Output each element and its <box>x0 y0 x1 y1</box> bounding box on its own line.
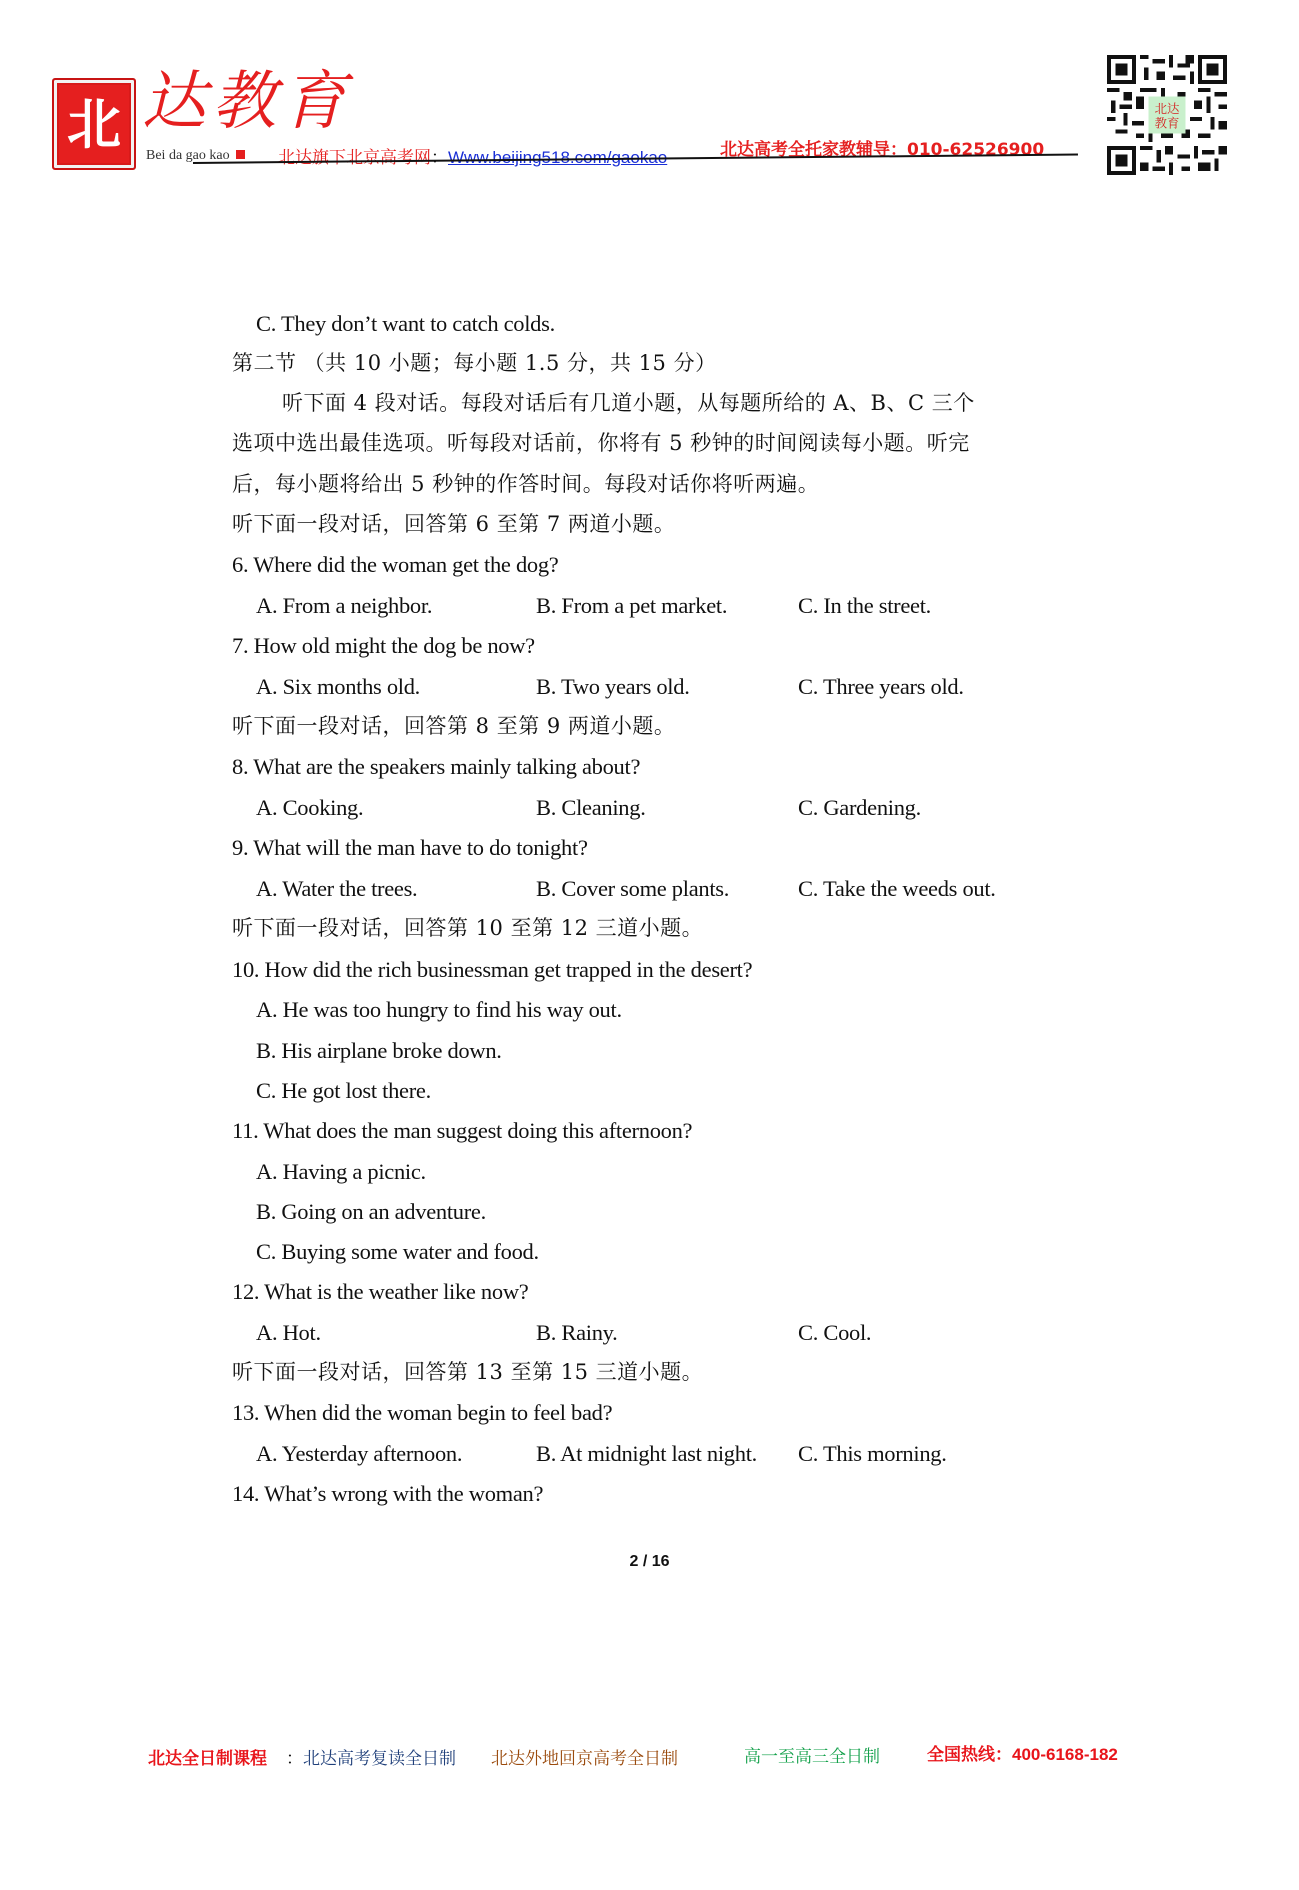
instructions-line-1: 听下面 4 段对话。每段对话后有几道小题，从每题所给的 A、B、C 三个 <box>282 393 975 414</box>
footer-hotline: 全国热线：400-6168-182 <box>927 1740 1118 1765</box>
footer-colon: ： <box>286 1744 303 1769</box>
option-b: B. Cleaning. <box>536 797 646 820</box>
option-c: C. Three years old. <box>798 676 964 699</box>
dialogue-group-8-9: 听下面一段对话，回答第 8 至第 9 两道小题。 <box>232 716 675 737</box>
question-10-option-c: C. He got lost there. <box>256 1080 431 1103</box>
dialogue-group-10-12: 听下面一段对话，回答第 10 至第 12 三道小题。 <box>232 918 703 939</box>
option-c: C. In the street. <box>798 595 931 618</box>
option-b: B. Cover some plants. <box>536 878 729 901</box>
option-c: C. This morning. <box>798 1443 947 1466</box>
question-11-option-b: B. Going on an adventure. <box>256 1201 486 1224</box>
site-colon: ： <box>431 148 448 168</box>
site-link-line: 北达旗下北京高考网：Www.beijing518.com/gaokao <box>278 143 667 168</box>
dialogue-group-6-7: 听下面一段对话，回答第 6 至第 7 两道小题。 <box>232 514 675 535</box>
option-b: B. From a pet market. <box>536 595 727 618</box>
question-8: 8. What are the speakers mainly talking … <box>232 756 640 779</box>
option-a: A. Hot. <box>256 1322 321 1345</box>
question-14: 14. What’s wrong with the woman? <box>232 1483 543 1506</box>
question-13: 13. When did the woman begin to feel bad… <box>232 1402 612 1425</box>
logo-text: 达教育 <box>142 70 352 134</box>
page-number: 2 / 16 <box>0 1553 1299 1571</box>
option-b: B. Two years old. <box>536 676 690 699</box>
site-label: 北达旗下北京高考网 <box>278 148 431 168</box>
question-10: 10. How did the rich businessman get tra… <box>232 959 752 982</box>
qr-code-icon: 北达 教育 <box>1107 55 1227 175</box>
question-11: 11. What does the man suggest doing this… <box>232 1120 692 1143</box>
instructions-line-2: 选项中选出最佳选项。听每段对话前，你将有 5 秒钟的时间阅读每小题。听完 <box>232 433 970 454</box>
option-a: A. Water the trees. <box>256 878 417 901</box>
option-c: C. Take the weeds out. <box>798 878 996 901</box>
option-c: C. Cool. <box>798 1322 871 1345</box>
question-10-option-a: A. He was too hungry to find his way out… <box>256 999 622 1022</box>
question-11-option-c: C. Buying some water and food. <box>256 1241 539 1264</box>
instructions-line-3: 后，每小题将给出 5 秒钟的作答时间。每段对话你将听两遍。 <box>232 474 819 495</box>
question-6: 6. Where did the woman get the dog? <box>232 554 558 577</box>
logo-subtitle-text: Bei da gao kao <box>146 148 230 163</box>
question-10-option-b: B. His airplane broke down. <box>256 1040 502 1063</box>
question-12: 12. What is the weather like now? <box>232 1281 528 1304</box>
footer-item-return-beijing-course: 北达外地回京高考全日制 <box>491 1744 678 1769</box>
red-square-icon <box>236 150 245 159</box>
option-b: B. Rainy. <box>536 1322 617 1345</box>
option-a: A. Yesterday afternoon. <box>256 1443 462 1466</box>
question-9: 9. What will the man have to do tonight? <box>232 837 588 860</box>
logo-mark-char: 北 <box>67 97 121 151</box>
option-b: B. At midnight last night. <box>536 1443 757 1466</box>
question-7: 7. How old might the dog be now? <box>232 635 535 658</box>
svg-text:教育: 教育 <box>1155 115 1180 130</box>
footer-item-grade-course: 高一至高三全日制 <box>744 1742 880 1767</box>
option-a: A. Cooking. <box>256 797 363 820</box>
section-title: 第二节 （共 10 小题；每小题 1.5 分，共 15 分） <box>232 353 717 374</box>
footer-courses-label: 北达全日制课程 <box>148 1744 267 1769</box>
question-11-option-a: A. Having a picnic. <box>256 1161 426 1184</box>
option-c: C. Gardening. <box>798 797 921 820</box>
svg-text:北达: 北达 <box>1155 101 1180 116</box>
dialogue-group-13-15: 听下面一段对话，回答第 13 至第 15 三道小题。 <box>232 1362 703 1383</box>
footer-item-repeat-course: 北达高考复读全日制 <box>303 1744 456 1769</box>
logo-mark: 北 <box>52 78 136 170</box>
option-c-previous: C. They don’t want to catch colds. <box>256 313 555 336</box>
option-a: A. From a neighbor. <box>256 595 432 618</box>
option-a: A. Six months old. <box>256 676 420 699</box>
